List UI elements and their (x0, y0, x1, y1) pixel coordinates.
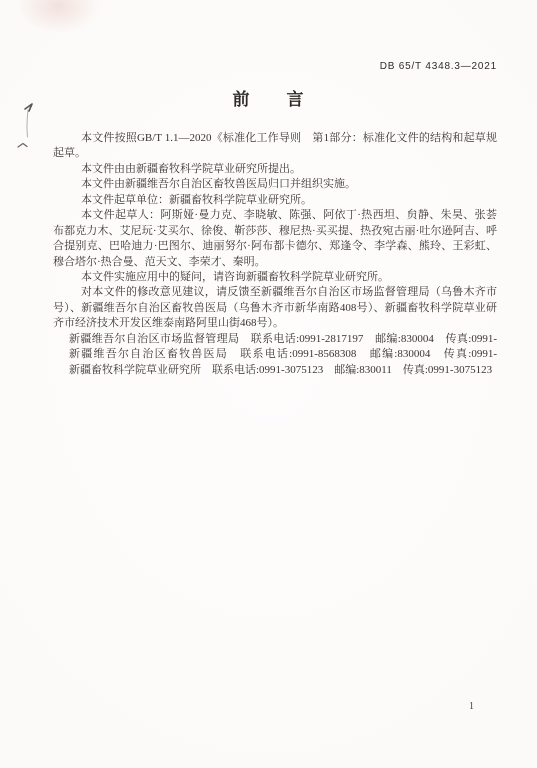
body-line: 起草。 (53, 146, 497, 161)
body-line: 本文件由新疆维吾尔自治区畜牧兽医局归口并组织实施。 (53, 177, 497, 192)
contact-line: 新疆维吾尔自治区畜牧兽医局 联系电话:0991-8568308 邮编:83000… (53, 347, 497, 362)
foreword-body: 本文件按照GB/T 1.1—2020《标准化工作导则 第1部分：标准化文件的结构… (53, 131, 497, 378)
body-line: 本文件由由新疆畜牧科学院草业研究所提出。 (53, 162, 497, 177)
body-line: 布都克力木、艾尼玩·艾买尔、徐俊、靳莎莎、穆尼热·买买提、热孜宛古丽·吐尔逊阿吉… (53, 224, 497, 239)
body-line: 本文件起草人：阿斯娅·曼力克、李晓敏、陈强、阿依丁·热西坦、贠静、朱昊、张荟荟、… (53, 208, 497, 223)
body-line: 合提别克、巴哈迪力·巴图尔、迪丽努尔·阿布都卡德尔、郑逢令、李学森、熊玲、王彩虹… (53, 239, 497, 254)
scanned-document-page: { "page": { "doc_number": "DB 65/T 4348.… (0, 0, 537, 768)
body-line: 本文件起草单位：新疆畜牧科学院草业研究所。 (53, 193, 497, 208)
page-title: 前 言 (0, 85, 537, 110)
body-line: 本文件实施应用中的疑问，请咨询新疆畜牧科学院草业研究所。 (53, 270, 497, 285)
body-line: 对本文件的修改意见建议，请反馈至新疆维吾尔自治区市场监督管理局（乌鲁木齐市新华南… (53, 285, 497, 300)
body-line: 齐市经济技术开发区维泰南路阿里山街468号）。 (53, 316, 497, 331)
body-line: 本文件按照GB/T 1.1—2020《标准化工作导则 第1部分：标准化文件的结构… (53, 131, 497, 146)
contact-line: 新疆维吾尔自治区市场监督管理局 联系电话:0991-2817197 邮编:830… (53, 332, 497, 347)
page-number: 1 (469, 701, 474, 712)
body-line: 穆合塔尔·热合曼、范天文、李荣才、秦明。 (53, 255, 497, 270)
body-line: 号）、新疆维吾尔自治区畜牧兽医局（乌鲁木齐市新华南路408号）、新疆畜牧科学院草… (53, 301, 497, 316)
document-number: DB 65/T 4348.3—2021 (380, 61, 497, 72)
contact-line: 新疆畜牧科学院草业研究所 联系电话:0991-3075123 邮编:830011… (53, 363, 497, 378)
